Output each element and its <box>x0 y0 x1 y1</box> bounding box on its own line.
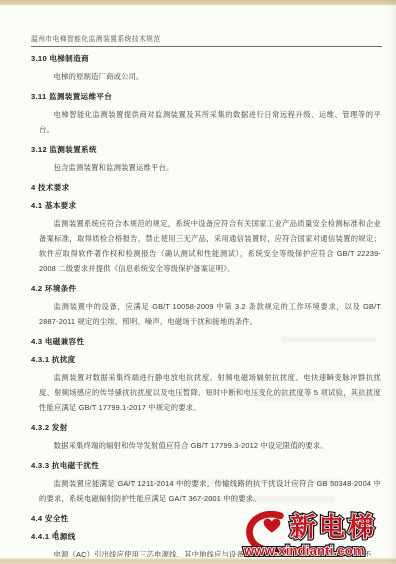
section-paragraph: 监测装置对数据采集终端进行静电放电抗扰度、射频电磁场辐射抗扰度、电快速瞬变脉冲群… <box>39 370 381 415</box>
bleed-through-artifact <box>95 479 340 485</box>
section-heading-4-3-1: 4.3.1 抗扰度 <box>31 355 381 365</box>
running-header: 温州市电梯智能化监测装置系统技术规范 <box>31 33 382 47</box>
page-number: 4 <box>54 528 58 537</box>
section-paragraph: 电梯的原制造厂商或公司。 <box>39 69 381 84</box>
scanned-document-page: 温州市电梯智能化监测装置系统技术规范 3.10 电梯制造商 电梯的原制造厂商或公… <box>0 0 396 564</box>
section-heading-4: 4 技术要求 <box>31 183 381 193</box>
scan-edge-bottom <box>0 557 396 564</box>
section-heading-4-3-2: 4.3.2 发射 <box>31 423 381 433</box>
xindianti-watermark: 新电梯 新电梯 新电梯 www.xindianti.com www.xindia… <box>242 507 394 559</box>
section-heading-4-1: 4.1 基本要求 <box>31 201 381 211</box>
bleed-through-artifact <box>254 395 374 401</box>
section-paragraph: 电梯智能化监测装置提供商对监测装置及其所采集的数据进行日常远程升级、运维、管理等… <box>39 107 381 137</box>
section-paragraph: 包含监测装置和监测装置运维平台。 <box>39 160 381 175</box>
scan-edge-shadow <box>387 0 396 564</box>
section-heading-3-10: 3.10 电梯制造商 <box>31 54 381 64</box>
bleed-through-artifact <box>200 496 335 502</box>
watermark-url-text: www.xindianti.com www.xindianti.com www.… <box>244 543 365 558</box>
section-paragraph: 监测装置中的设备，应满足 GB/T 10058-2009 中第 3.2 条款规定… <box>39 299 381 329</box>
section-paragraph: 监测装置系统应符合本规范的规定，系统中设备应符合有关国家工业产品质量安全检测标准… <box>39 216 381 276</box>
section-heading-4-2: 4.2 环境条件 <box>31 284 381 294</box>
section-paragraph: 数据采集终端的辐射和传导发射值应符合 GB/T 17799.3-2012 中设定… <box>39 438 381 453</box>
section-heading-3-11: 3.11 监测装置运维平台 <box>31 92 381 102</box>
scan-edge-top <box>0 0 396 5</box>
section-heading-3-12: 3.12 监测装置系统 <box>31 145 381 155</box>
document-body: 3.10 电梯制造商 电梯的原制造厂商或公司。 3.11 监测装置运维平台 电梯… <box>31 46 381 564</box>
watermark-brand-text: 新电梯 新电梯 新电梯 <box>290 507 377 544</box>
bleed-through-artifact <box>281 337 376 342</box>
section-heading-4-3-3: 4.3.3 抗电磁干扰性 <box>31 461 381 471</box>
